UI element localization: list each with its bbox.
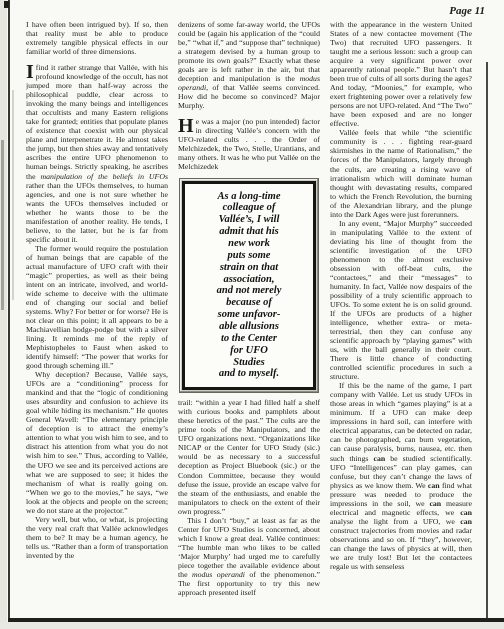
text-column-1: I have often been intrigued by). If so, … <box>26 20 168 605</box>
paragraph: Why deception? Because, Vallée says, UFO… <box>26 370 168 515</box>
binding-smudge <box>12 90 14 300</box>
page-left-margin <box>0 0 7 629</box>
paragraph: The former would require the postulation… <box>26 244 168 370</box>
paragraph: In any event, “Major Murphy” succeeded i… <box>330 219 472 382</box>
paragraph: I have often been intrigued by). If so, … <box>26 20 168 56</box>
text-column-2: denizens of some far-away world, the UFO… <box>178 20 320 605</box>
paragraph: Vallée feels that while “the scientific … <box>330 128 472 218</box>
scan-corner-mark <box>4 1 9 8</box>
paragraph: Ifind it rather strange that Vallée, wit… <box>26 63 168 244</box>
page-bottom-margin <box>0 622 504 629</box>
pull-quote-text: As a long-timecolleague ofVallée’s, I wi… <box>189 191 309 381</box>
paragraph: trail: “within a year I had filled half … <box>178 398 320 515</box>
pull-quote-box: As a long-timecolleague ofVallée’s, I wi… <box>179 178 319 394</box>
paragraph: denizens of some far-away world, the UFO… <box>178 20 320 110</box>
text-column-3: with the appearance in the western Unite… <box>330 20 472 605</box>
paragraph: This I don’t “buy,” at least as far as t… <box>178 516 320 597</box>
paragraph: with the appearance in the western Unite… <box>330 20 472 128</box>
page-number: Page 11 <box>449 5 485 17</box>
document-page: Page 11 I have often been intrigued by).… <box>0 0 504 629</box>
binding-smudge <box>1 140 4 310</box>
text-columns: I have often been intrigued by). If so, … <box>26 20 472 605</box>
dropcap: H <box>178 118 194 134</box>
page-right-edge <box>486 62 488 618</box>
paragraph: He was a major (no pun intended) factor … <box>178 117 320 171</box>
binding-edge <box>8 0 10 620</box>
paragraph: If this be the name of the game, I part … <box>330 381 472 571</box>
pull-quote-inner-frame: As a long-timecolleague ofVallée’s, I wi… <box>182 181 316 391</box>
paragraph: Very well, but who, or what, is projecti… <box>26 515 168 560</box>
dropcap: I <box>26 64 34 80</box>
